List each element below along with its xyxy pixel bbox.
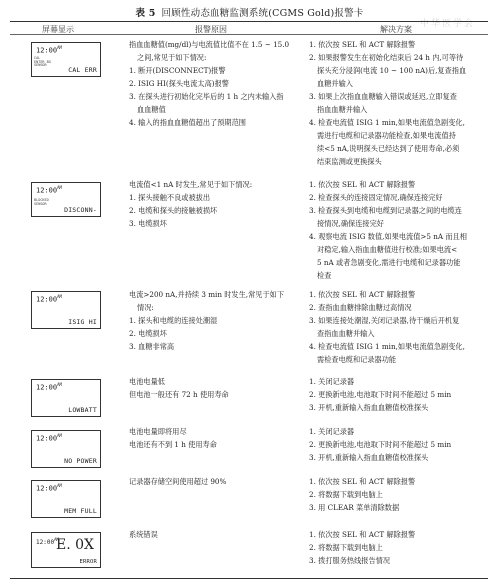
- solution: 1. 关闭记录器 2. 更换新电池,电池取下时间不能超过 5 min 3. 开机…: [309, 425, 494, 464]
- alarm-cause: 系统错误: [129, 528, 309, 541]
- lcd-screen-no-power: 12:00AM NO POWER: [31, 430, 101, 468]
- solution: 1. 依次按 SEL 和 ACT 解除报警 2. 将数据下载到电脑上 3. 用 …: [309, 475, 494, 514]
- solution: 1. 依次按 SEL 和 ACT 解除报警 2. 检查探头的连接固定情况,确保连…: [309, 178, 494, 282]
- alarm-cause: 电流>200 nA,并持续 3 min 时发生,常见于如下 情况: 1. 探头和…: [129, 288, 309, 353]
- lcd-time: 12:00AM: [36, 483, 62, 492]
- lcd-alarm-code: LOWBATT: [68, 406, 97, 414]
- solution: 1. 关闭记录器 2. 更换新电池,电池取下时间不能超过 5 min 3. 开机…: [309, 375, 494, 414]
- alarm-cause: 记录器存储空间使用超过 90%: [129, 475, 309, 488]
- lcd-screen-lowbatt: 12:00AM LOWBATT: [31, 379, 101, 417]
- lcd-time: 12:00AM: [36, 45, 62, 54]
- lcd-screen-mem-full: 12:00AM MEM FULL: [31, 480, 101, 518]
- lcd-error-code: E. 0X: [56, 537, 94, 553]
- lcd-time: 12:00AM: [36, 294, 62, 303]
- solution: 1. 依次按 SEL 和 ACT 解除报警 2. 将数据下载到电脑上 3. 拨打…: [309, 528, 494, 567]
- alarm-cause: 电池电量低 但电池一般还有 72 h 使用寿命: [129, 375, 309, 401]
- lcd-alarm-code: CAL ERR: [68, 66, 97, 74]
- table-number: 表 5: [136, 8, 156, 19]
- lcd-alarm-code: NO POWER: [64, 457, 97, 465]
- alarm-cause: 指血血糖值(mg/dl)与电流值比值不在 1.5 ~ 15.0 之间,常见于如下…: [129, 38, 309, 129]
- lcd-alarm-code: ERROR: [79, 559, 97, 565]
- alarm-cause: 电流值<1 nA 时发生,常见于如下情况: 1. 探头接触不良或被拔出 2. 电…: [129, 178, 309, 230]
- header-rule: [10, 34, 488, 35]
- top-rule: [10, 21, 488, 22]
- lcd-small-text: BLOCKEDSENSOR: [34, 199, 49, 206]
- table-caption: 回顾性动态血糖监测系统(CGMS Gold)报警卡: [162, 8, 364, 19]
- lcd-screen-error: 12:00AM E. 0X ERROR: [31, 532, 101, 568]
- bottom-rule: [10, 578, 488, 579]
- lcd-screen-cal-err: 12:00AM CALENTER BGSENSOR CAL ERR: [31, 42, 101, 77]
- solution: 1. 依次按 SEL 和 ACT 解除报警 2. 查指血血糖排除血糖过高情况 3…: [309, 288, 494, 366]
- lcd-small-text: CALENTER BGSENSOR: [34, 57, 51, 68]
- lcd-alarm-code: DISCONN-: [64, 206, 97, 214]
- lcd-screen-disconn: 12:00AM BLOCKEDSENSOR DISCONN-: [31, 182, 101, 217]
- lcd-alarm-code: ISIG HI: [68, 318, 97, 326]
- lcd-time: 12:00AM: [36, 185, 62, 194]
- solution: 1. 依次按 SEL 和 ACT 解除报警 2. 如果报警发生在初始化结束后 2…: [309, 38, 494, 168]
- lcd-alarm-code: MEM FULL: [64, 507, 97, 515]
- lcd-time: 12:00AM: [36, 433, 62, 442]
- publisher-watermark: 中华医学会: [420, 16, 475, 29]
- lcd-screen-isig-hi: 12:00AM ISIG HI: [31, 291, 101, 329]
- alarm-cause: 电池电量即将用尽 电池还有不到 1 h 使用寿命: [129, 425, 309, 451]
- lcd-time: 12:00AM: [36, 382, 62, 391]
